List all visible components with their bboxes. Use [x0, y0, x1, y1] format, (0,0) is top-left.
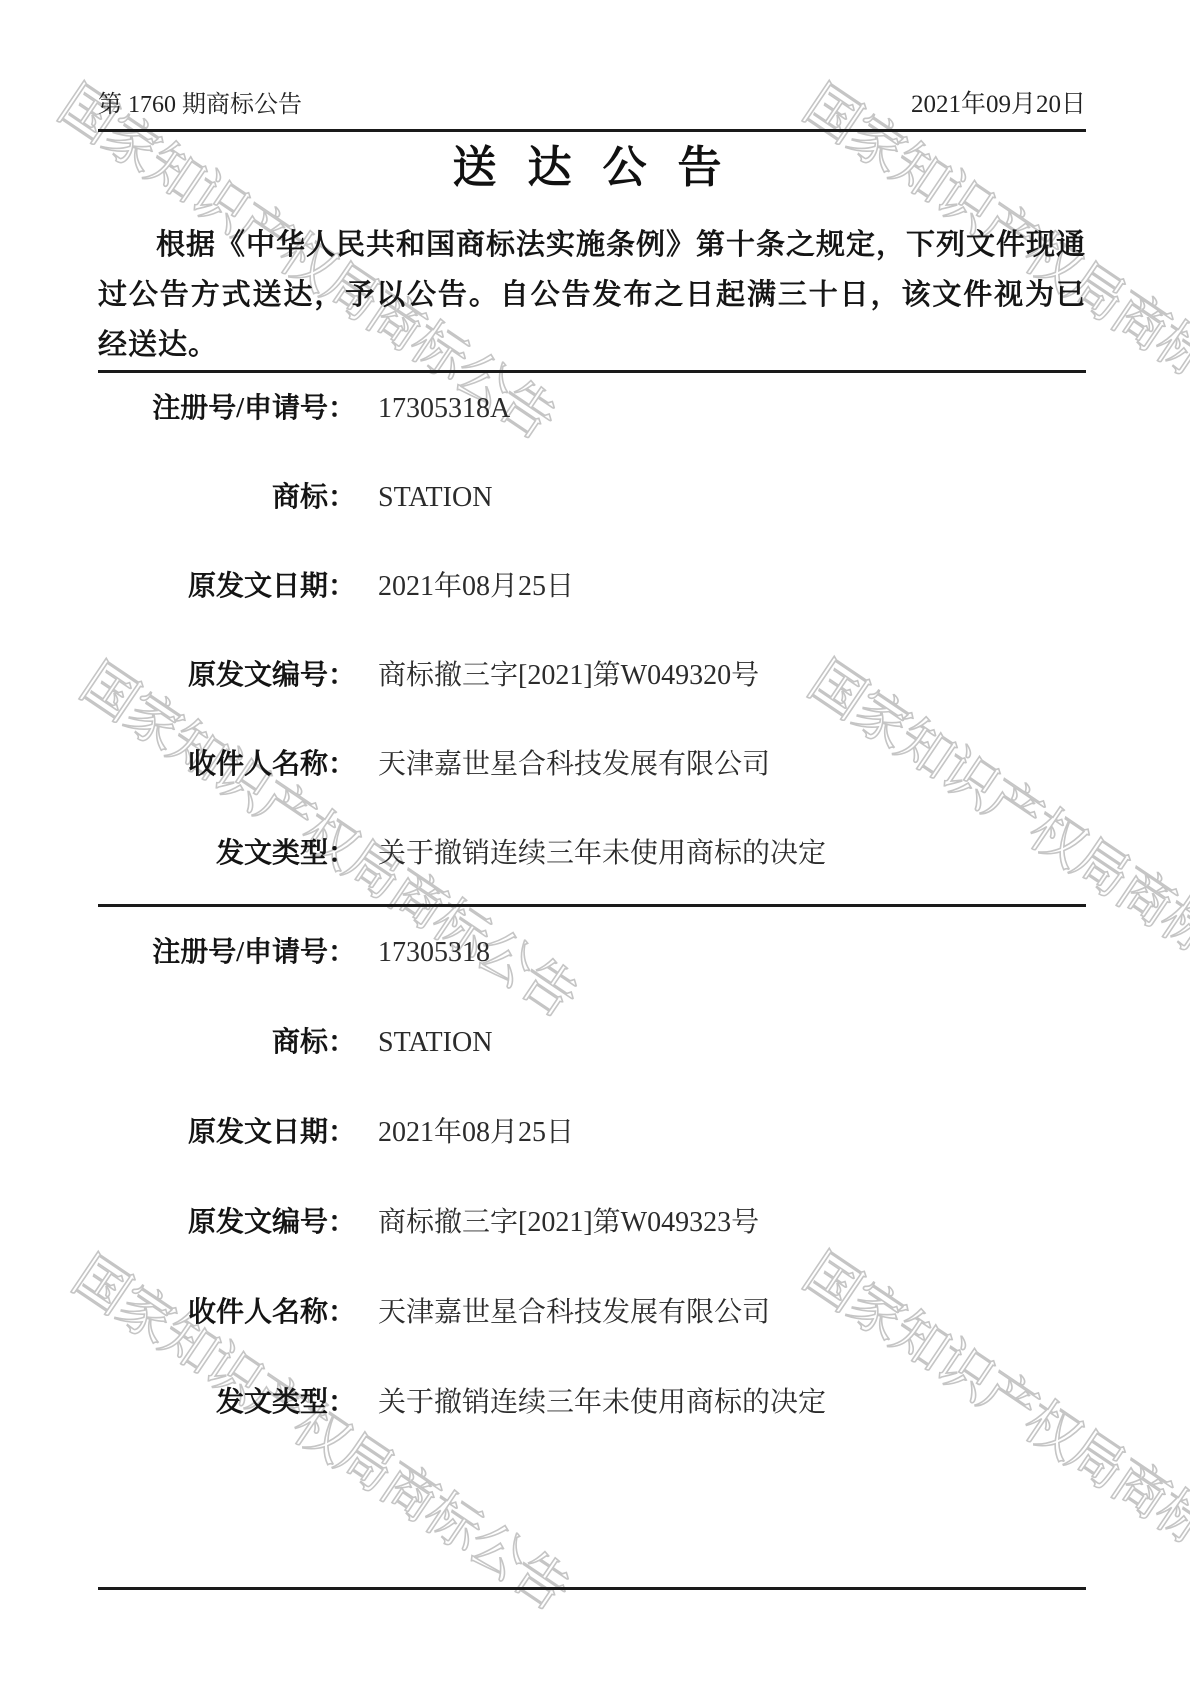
- field-label: 发文类型：: [98, 838, 356, 870]
- field-label: 原发文编号：: [98, 660, 356, 692]
- field-value: 关于撤销连续三年未使用商标的决定: [378, 1387, 826, 1419]
- header-divider: [98, 129, 1086, 132]
- field-value: 商标撤三字[2021]第W049323号: [378, 1207, 759, 1239]
- gazette-page: 国家知识产权局商标公告 国家知识产权局商标公告 国家知识产权局商标公告 国家知识…: [0, 0, 1190, 1684]
- field-value: 关于撤销连续三年未使用商标的决定: [378, 838, 826, 870]
- field-value: 商标撤三字[2021]第W049320号: [378, 660, 759, 692]
- field-value: 天津嘉世星合科技发展有限公司: [378, 1297, 770, 1329]
- field-value: 17305318: [378, 937, 490, 969]
- field-row-recipient-name: 收件人名称： 天津嘉世星合科技发展有限公司: [98, 749, 1086, 781]
- field-label: 收件人名称：: [98, 749, 356, 781]
- field-row-recipient-name: 收件人名称： 天津嘉世星合科技发展有限公司: [98, 1297, 1086, 1329]
- field-value: STATION: [378, 482, 492, 514]
- record-2: 注册号/申请号： 17305318 商标： STATION 原发文日期： 202…: [98, 907, 1086, 1419]
- field-row-original-document-number: 原发文编号： 商标撤三字[2021]第W049320号: [98, 660, 1086, 692]
- field-label: 商标：: [98, 1027, 356, 1059]
- field-row-original-issue-date: 原发文日期： 2021年08月25日: [98, 571, 1086, 603]
- field-row-document-type: 发文类型： 关于撤销连续三年未使用商标的决定: [98, 838, 1086, 870]
- field-value: 17305318A: [378, 393, 510, 425]
- field-value: 2021年08月25日: [378, 1117, 574, 1149]
- field-label: 注册号/申请号：: [98, 937, 356, 969]
- field-value: 天津嘉世星合科技发展有限公司: [378, 749, 770, 781]
- field-row-document-type: 发文类型： 关于撤销连续三年未使用商标的决定: [98, 1387, 1086, 1419]
- field-label: 注册号/申请号：: [98, 393, 356, 425]
- field-label: 原发文日期：: [98, 571, 356, 603]
- field-row-registration-number: 注册号/申请号： 17305318A: [98, 393, 1086, 425]
- field-label: 商标：: [98, 482, 356, 514]
- field-row-registration-number: 注册号/申请号： 17305318: [98, 937, 1086, 969]
- bottom-divider: [98, 1587, 1086, 1590]
- field-row-trademark: 商标： STATION: [98, 1027, 1086, 1059]
- document-content: 第 1760 期商标公告 2021年09月20日 送 达 公 告 根据《中华人民…: [0, 0, 1190, 1590]
- field-label: 原发文编号：: [98, 1207, 356, 1239]
- record-1: 注册号/申请号： 17305318A 商标： STATION 原发文日期： 20…: [98, 373, 1086, 870]
- field-row-original-document-number: 原发文编号： 商标撤三字[2021]第W049323号: [98, 1207, 1086, 1239]
- field-label: 原发文日期：: [98, 1117, 356, 1149]
- gazette-issue-label: 第 1760 期商标公告: [98, 90, 302, 120]
- field-label: 收件人名称：: [98, 1297, 356, 1329]
- field-label: 发文类型：: [98, 1387, 356, 1419]
- field-value: STATION: [378, 1027, 492, 1059]
- page-title: 送 达 公 告: [98, 142, 1086, 194]
- page-header: 第 1760 期商标公告 2021年09月20日: [98, 90, 1086, 120]
- gazette-date: 2021年09月20日: [911, 90, 1086, 120]
- intro-paragraph: 根据《中华人民共和国商标法实施条例》第十条之规定，下列文件现通过公告方式送达，予…: [98, 220, 1086, 370]
- field-value: 2021年08月25日: [378, 571, 574, 603]
- field-row-original-issue-date: 原发文日期： 2021年08月25日: [98, 1117, 1086, 1149]
- field-row-trademark: 商标： STATION: [98, 482, 1086, 514]
